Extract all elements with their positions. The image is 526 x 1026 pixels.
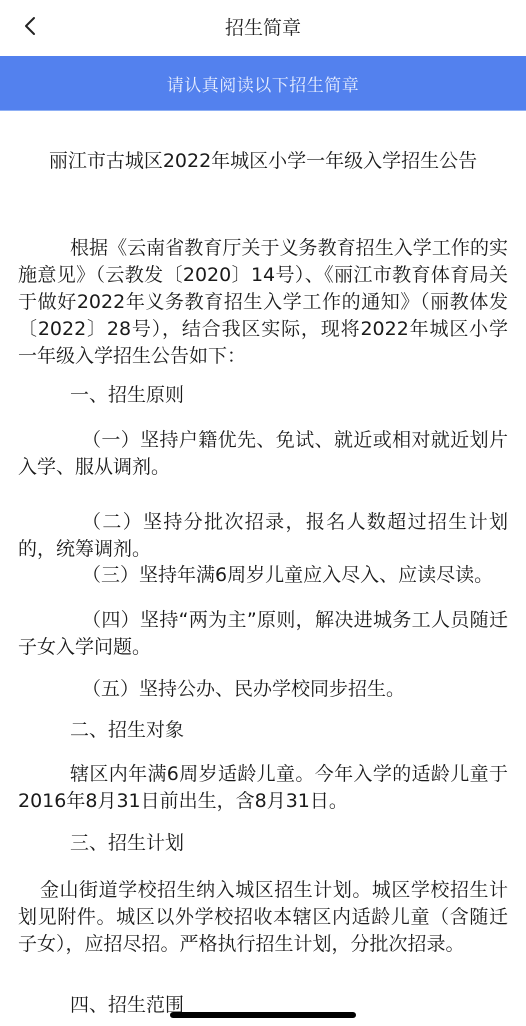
section-heading: 三、招生计划 xyxy=(70,830,184,857)
notice-banner: 请认真阅读以下招生简章 xyxy=(0,56,526,111)
section-item: （二）坚持分批次招录，报名人数超过招生计划的，统筹调剂。 xyxy=(18,509,508,563)
section-item: （三）坚持年满6周岁儿童应入尽入、应读尽读。 xyxy=(18,562,508,589)
document-content[interactable]: 丽江市古城区2022年城区小学一年级入学招生公告 根据《云南省教育厅关于义务教育… xyxy=(0,111,526,1026)
banner-text: 请认真阅读以下招生简章 xyxy=(167,71,360,96)
section-heading: 四、招生范围 xyxy=(70,992,184,1019)
navigation-bar: 招生简章 xyxy=(0,0,526,56)
section-heading: 一、招生原则 xyxy=(70,382,184,409)
home-indicator[interactable] xyxy=(170,1012,356,1018)
section-item: （四）坚持“两为主”原则，解决进城务工人员随迁子女入学问题。 xyxy=(18,607,508,661)
page-title: 招生简章 xyxy=(0,14,526,42)
section-item: 辖区内年满6周岁适龄儿童。今年入学的适龄儿童于2016年8月31日前出生，含8月… xyxy=(18,761,508,815)
section-item: （五）坚持公办、民办学校同步招生。 xyxy=(18,676,508,703)
document-title: 丽江市古城区2022年城区小学一年级入学招生公告 xyxy=(0,147,526,175)
section-heading: 二、招生对象 xyxy=(70,717,184,744)
section-item: 金山街道学校招生纳入城区招生计划。城区学校招生计划见附件。城区以外学校招收本辖区… xyxy=(18,877,508,958)
intro-paragraph: 根据《云南省教育厅关于义务教育招生入学工作的实施意见》（云教发〔2020〕14号… xyxy=(18,235,508,370)
section-item: （一）坚持户籍优先、免试、就近或相对就近划片入学、服从调剂。 xyxy=(18,427,508,481)
